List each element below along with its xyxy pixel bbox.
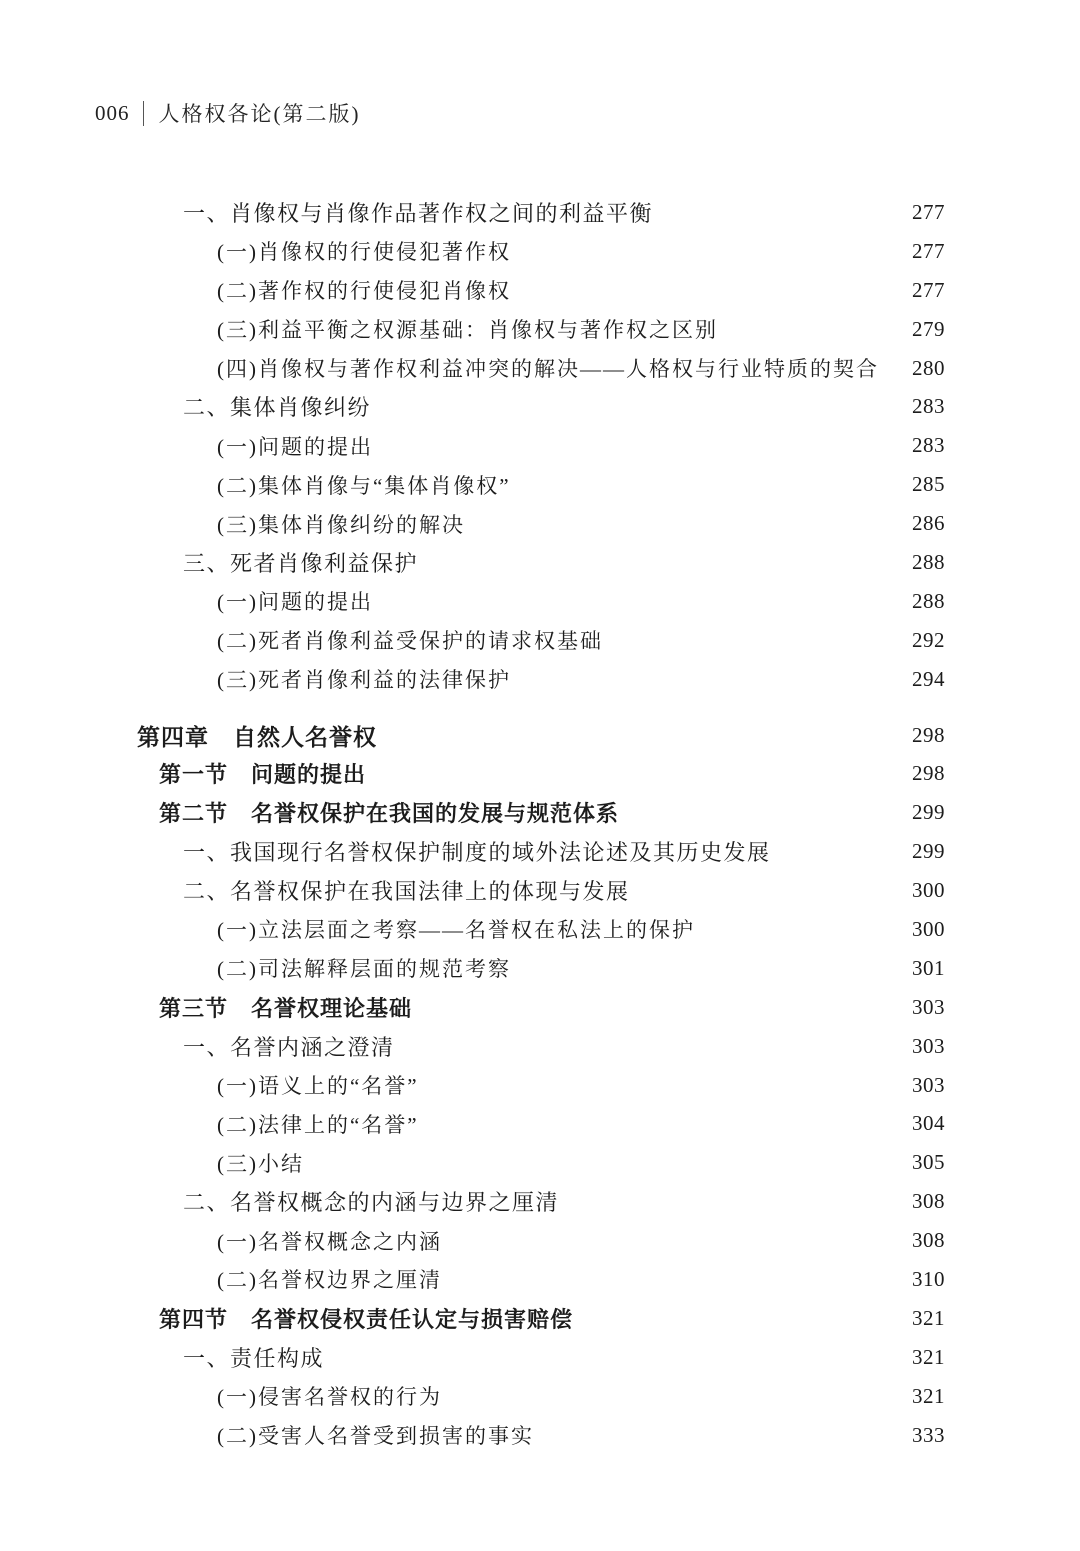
toc-entry-title: (三)集体肖像纠纷的解决 (217, 509, 900, 539)
toc-entry: 二、名誉权保护在我国法律上的体现与发展300 (137, 871, 945, 910)
toc-entry-title: (一)语义上的“名誉” (217, 1070, 900, 1100)
toc-entry-title: 第三节 名誉权理论基础 (159, 992, 900, 1023)
toc-entry: (三)小结305 (137, 1143, 945, 1182)
toc-entry-title: (二)受害人名誉受到损害的事实 (217, 1420, 900, 1450)
toc-entry-title: (一)侵害名誉权的行为 (217, 1381, 900, 1411)
toc-entry-title: 第一节 问题的提出 (159, 758, 900, 789)
toc-entry: (二)司法解释层面的规范考察301 (137, 949, 945, 988)
toc-entry: (一)语义上的“名誉”303 (137, 1066, 945, 1105)
toc-entry-page-number: 300 (912, 917, 945, 942)
toc-entry-page-number: 310 (912, 1267, 945, 1292)
toc-entry: (一)问题的提出283 (137, 426, 945, 465)
toc-entry: (一)立法层面之考察——名誉权在私法上的保护300 (137, 910, 945, 949)
toc-entry-title: (二)死者肖像利益受保护的请求权基础 (217, 625, 900, 655)
toc-entry: (三)死者肖像利益的法律保护294 (137, 660, 945, 699)
toc-list: 一、肖像权与肖像作品著作权之间的利益平衡277(一)肖像权的行使侵犯著作权277… (137, 193, 945, 1455)
toc-entry: 第二节 名誉权保护在我国的发展与规范体系299 (137, 793, 945, 832)
toc-entry-title: 二、名誉权保护在我国法律上的体现与发展 (183, 875, 900, 906)
toc-entry-page-number: 280 (912, 356, 945, 381)
folio-page-number: 006 (95, 101, 130, 126)
toc-entry: 一、肖像权与肖像作品著作权之间的利益平衡277 (137, 193, 945, 232)
toc-entry-title: 一、肖像权与肖像作品著作权之间的利益平衡 (183, 197, 900, 228)
toc-entry-title: (二)著作权的行使侵犯肖像权 (217, 275, 900, 305)
toc-entry-page-number: 303 (912, 1073, 945, 1098)
toc-entry-page-number: 292 (912, 628, 945, 653)
toc-entry-page-number: 279 (912, 317, 945, 342)
toc-entry-title: 第四章 自然人名誉权 (137, 719, 900, 752)
toc-entry: (二)法律上的“名誉”304 (137, 1104, 945, 1143)
toc-entry-title: (一)立法层面之考察——名誉权在私法上的保护 (217, 914, 900, 944)
toc-entry-page-number: 283 (912, 394, 945, 419)
toc-entry: 第四节 名誉权侵权责任认定与损害赔偿321 (137, 1299, 945, 1338)
toc-entry-page-number: 300 (912, 878, 945, 903)
toc-entry: 第四章 自然人名誉权298 (137, 716, 945, 755)
toc-entry-title: (三)死者肖像利益的法律保护 (217, 664, 900, 694)
toc-entry: (二)著作权的行使侵犯肖像权277 (137, 271, 945, 310)
toc-entry-title: (三)小结 (217, 1148, 900, 1178)
toc-entry: (一)侵害名誉权的行为321 (137, 1377, 945, 1416)
toc-entry-page-number: 304 (912, 1111, 945, 1136)
toc-entry-title: (四)肖像权与著作权利益冲突的解决——人格权与行业特质的契合 (217, 353, 900, 383)
toc-entry-title: 一、责任构成 (183, 1342, 900, 1373)
toc-entry-page-number: 308 (912, 1189, 945, 1214)
toc-entry-title: (一)肖像权的行使侵犯著作权 (217, 236, 900, 266)
toc-entry-title: 三、死者肖像利益保护 (183, 547, 900, 578)
toc-entry-page-number: 288 (912, 589, 945, 614)
toc-entry-title: 一、我国现行名誉权保护制度的域外法论述及其历史发展 (183, 836, 900, 867)
toc-entry-page-number: 298 (912, 723, 945, 748)
toc-entry: 一、我国现行名誉权保护制度的域外法论述及其历史发展299 (137, 832, 945, 871)
toc-entry: (二)名誉权边界之厘清310 (137, 1260, 945, 1299)
toc-entry-page-number: 298 (912, 761, 945, 786)
toc-entry: (二)集体肖像与“集体肖像权”285 (137, 465, 945, 504)
toc-entry-page-number: 303 (912, 995, 945, 1020)
toc-entry-page-number: 303 (912, 1034, 945, 1059)
toc-entry-title: 二、集体肖像纠纷 (183, 391, 900, 422)
toc-entry-page-number: 288 (912, 550, 945, 575)
toc-entry-page-number: 333 (912, 1423, 945, 1448)
toc-entry-title: (一)名誉权概念之内涵 (217, 1226, 900, 1256)
toc-entry: (三)集体肖像纠纷的解决286 (137, 504, 945, 543)
document-page: 006 人格权各论(第二版) 一、肖像权与肖像作品著作权之间的利益平衡277(一… (0, 0, 1080, 1551)
toc-entry-page-number: 286 (912, 511, 945, 536)
toc-entry-page-number: 285 (912, 472, 945, 497)
toc-entry-page-number: 321 (912, 1384, 945, 1409)
toc-entry: 二、集体肖像纠纷283 (137, 387, 945, 426)
toc-entry-title: 第二节 名誉权保护在我国的发展与规范体系 (159, 797, 900, 828)
toc-entry: 三、死者肖像利益保护288 (137, 543, 945, 582)
toc-entry: (一)问题的提出288 (137, 582, 945, 621)
toc-entry: (三)利益平衡之权源基础：肖像权与著作权之区别279 (137, 310, 945, 349)
toc-entry-title: 一、名誉内涵之澄清 (183, 1031, 900, 1062)
toc-entry-title: 第四节 名誉权侵权责任认定与损害赔偿 (159, 1303, 900, 1334)
toc-entry-page-number: 299 (912, 800, 945, 825)
toc-entry: (四)肖像权与著作权利益冲突的解决——人格权与行业特质的契合280 (137, 349, 945, 388)
toc-entry: 一、责任构成321 (137, 1338, 945, 1377)
toc-entry-title: (二)法律上的“名誉” (217, 1109, 900, 1139)
toc-entry: (二)受害人名誉受到损害的事实333 (137, 1416, 945, 1455)
toc-entry-page-number: 321 (912, 1306, 945, 1331)
toc-entry-title: (二)名誉权边界之厘清 (217, 1264, 900, 1294)
toc-entry-page-number: 283 (912, 433, 945, 458)
toc-entry-page-number: 277 (912, 278, 945, 303)
header-divider (143, 101, 144, 126)
toc-entry: (二)死者肖像利益受保护的请求权基础292 (137, 621, 945, 660)
toc-entry-title: (一)问题的提出 (217, 431, 900, 461)
toc-entry-title: (一)问题的提出 (217, 586, 900, 616)
toc-entry: (一)名誉权概念之内涵308 (137, 1221, 945, 1260)
toc-entry-page-number: 308 (912, 1228, 945, 1253)
toc-entry-title: 二、名誉权概念的内涵与边界之厘清 (183, 1186, 900, 1217)
toc-entry-page-number: 294 (912, 667, 945, 692)
toc-entry-page-number: 277 (912, 239, 945, 264)
toc-entry-page-number: 277 (912, 200, 945, 225)
toc-entry-page-number: 299 (912, 839, 945, 864)
toc-entry: 第三节 名誉权理论基础303 (137, 988, 945, 1027)
running-header: 006 人格权各论(第二版) (95, 98, 361, 128)
toc-entry: 二、名誉权概念的内涵与边界之厘清308 (137, 1182, 945, 1221)
toc-entry: 第一节 问题的提出298 (137, 754, 945, 793)
toc-entry-page-number: 305 (912, 1150, 945, 1175)
toc-entry: 一、名誉内涵之澄清303 (137, 1027, 945, 1066)
book-title: 人格权各论(第二版) (159, 98, 361, 128)
toc-entry-page-number: 321 (912, 1345, 945, 1370)
toc-entry-title: (二)司法解释层面的规范考察 (217, 953, 900, 983)
toc-entry-title: (三)利益平衡之权源基础：肖像权与著作权之区别 (217, 314, 900, 344)
toc-entry-title: (二)集体肖像与“集体肖像权” (217, 470, 900, 500)
toc-entry: (一)肖像权的行使侵犯著作权277 (137, 232, 945, 271)
toc-entry-page-number: 301 (912, 956, 945, 981)
